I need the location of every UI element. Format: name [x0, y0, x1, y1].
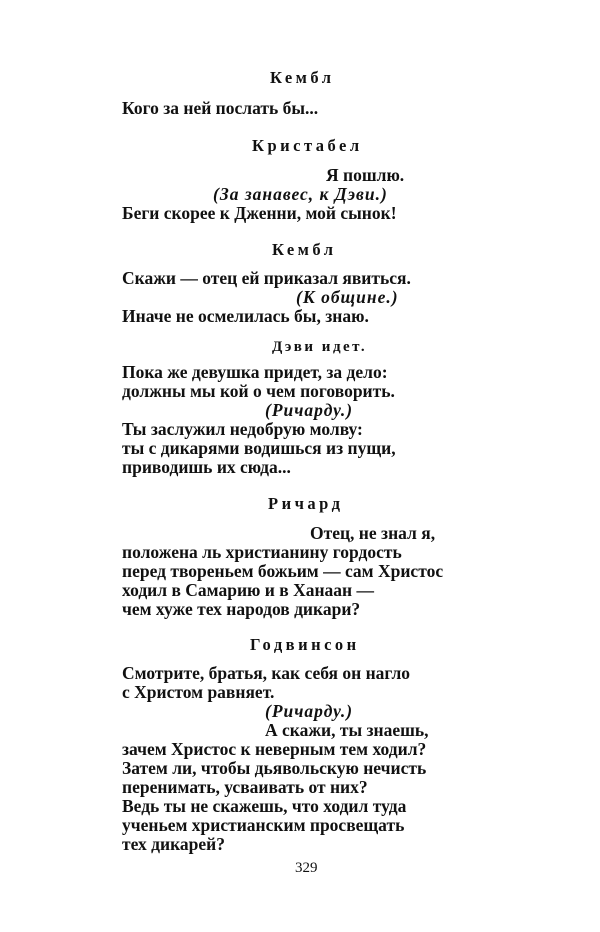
page-number: 329: [295, 860, 318, 877]
verse-line: положена ль христианину гордость: [122, 542, 402, 562]
verse-line: Ты заслужил недобрую молву:: [122, 419, 363, 439]
speaker-name: Кембл: [272, 240, 337, 260]
verse-line: Пока же девушка придет, за дело:: [122, 362, 388, 382]
verse-line: перенимать, усваивать от них?: [122, 777, 368, 797]
verse-line: ты с дикарями водишься из пущи,: [122, 438, 396, 458]
verse-line: Кого за ней послать бы...: [122, 98, 318, 118]
stage-direction: (За занавес, к Дэви.): [213, 184, 388, 204]
stage-action: Дэви идет.: [272, 337, 367, 357]
speaker-name: Годвинсон: [250, 635, 360, 655]
verse-line: Я пошлю.: [326, 165, 404, 185]
verse-line: Беги скорее к Дженни, мой сынок!: [122, 203, 397, 223]
speaker-name: Кристабел: [252, 136, 363, 156]
verse-line: перед твореньем божьим — сам Христос: [122, 561, 443, 581]
verse-line: Скажи — отец ей приказал явиться.: [122, 268, 411, 288]
speaker-name: Кембл: [270, 68, 335, 88]
stage-direction: (К общине.): [296, 287, 399, 307]
speaker-name: Ричард: [268, 494, 343, 514]
stage-direction: (Ричарду.): [265, 701, 353, 721]
verse-line: А скажи, ты знаешь,: [265, 720, 429, 740]
verse-line: тех дикарей?: [122, 834, 225, 854]
verse-line: Ведь ты не скажешь, что ходил туда: [122, 796, 406, 816]
verse-line: Смотрите, братья, как себя он нагло: [122, 663, 410, 683]
verse-line: зачем Христос к неверным тем ходил?: [122, 739, 426, 759]
verse-line: ученьем христианским просвещать: [122, 815, 404, 835]
verse-line: должны мы кой о чем поговорить.: [122, 381, 395, 401]
verse-line: чем хуже тех народов дикари?: [122, 599, 360, 619]
verse-line: приводишь их сюда...: [122, 457, 291, 477]
verse-line: Иначе не осмелилась бы, знаю.: [122, 306, 369, 326]
verse-line: Отец, не знал я,: [310, 523, 435, 543]
verse-line: Затем ли, чтобы дьявольскую нечисть: [122, 758, 426, 778]
verse-line: ходил в Самарию и в Ханаан —: [122, 580, 374, 600]
verse-line: с Христом равняет.: [122, 682, 274, 702]
stage-direction: (Ричарду.): [265, 400, 353, 420]
